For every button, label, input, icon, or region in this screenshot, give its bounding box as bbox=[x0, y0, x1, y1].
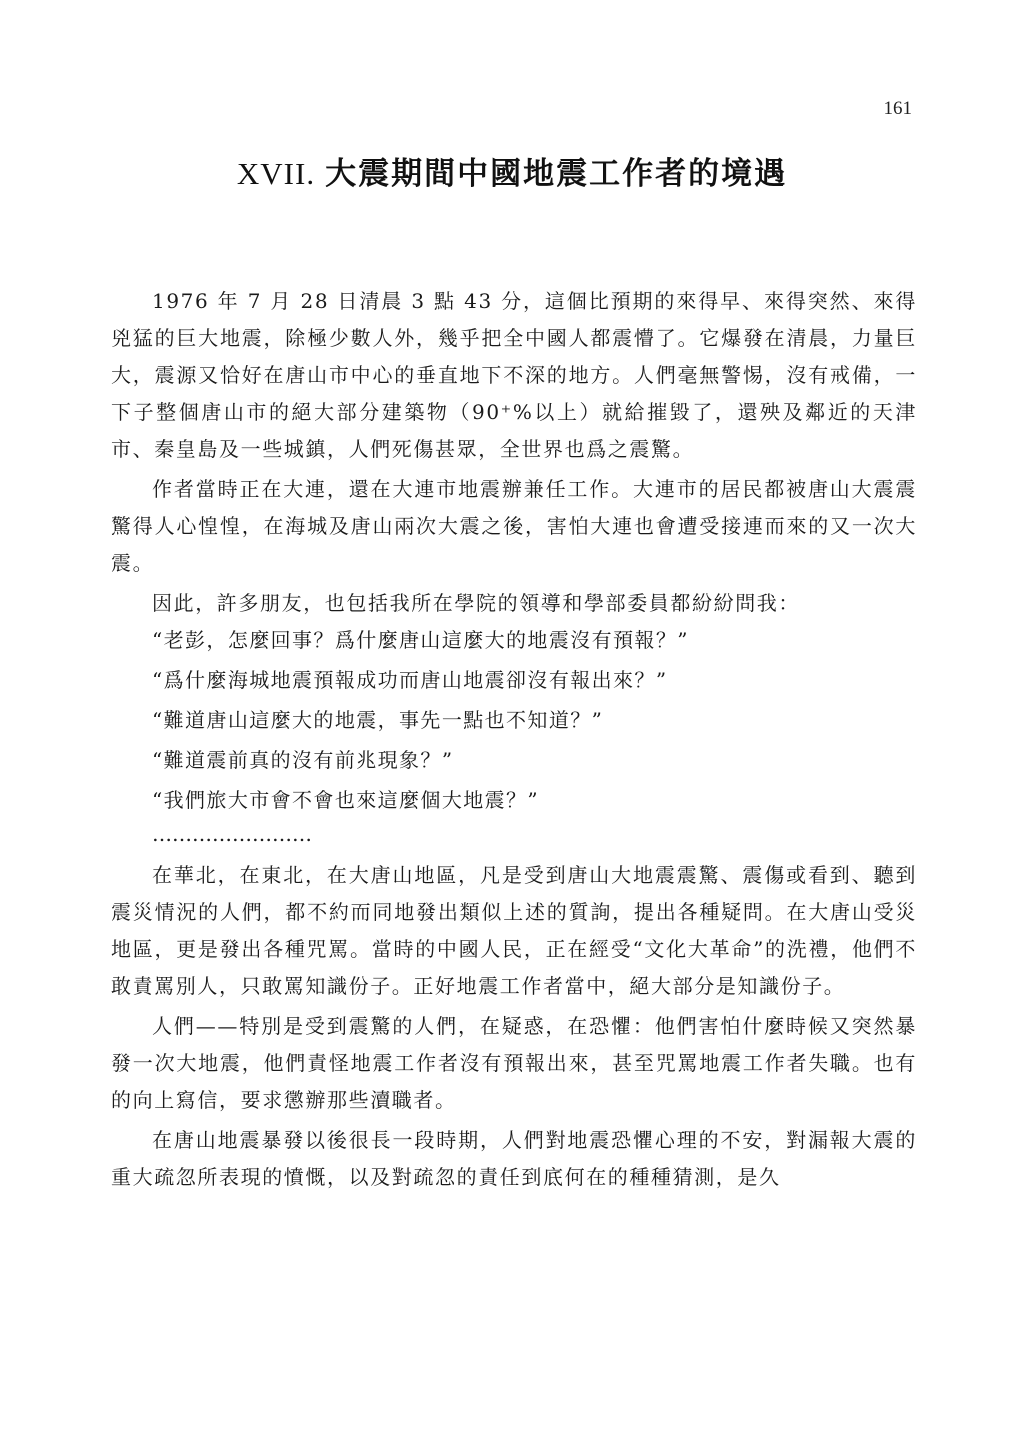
paragraph: 1976 年 7 月 28 日清晨 3 點 43 分，這個比預期的來得早、來得突… bbox=[111, 283, 917, 468]
chapter-number: XVII. bbox=[237, 156, 315, 191]
chapter-title: XVII.大震期間中國地震工作者的境遇 bbox=[0, 148, 1024, 193]
paragraph: 人們——特別是受到震驚的人們，在疑惑，在恐懼：他們害怕什麼時候又突然暴發一次大地… bbox=[111, 1008, 917, 1119]
quote-line: “難道震前真的沒有前兆現象？” bbox=[111, 742, 917, 779]
paragraph: 因此，許多朋友，也包括我所在學院的領導和學部委員都紛紛問我： bbox=[111, 585, 917, 622]
ellipsis-line: …………………… bbox=[111, 819, 917, 849]
paragraph: 在華北，在東北，在大唐山地區，凡是受到唐山大地震震驚、震傷或看到、聽到震災情況的… bbox=[111, 857, 917, 1005]
quote-line: “我們旅大市會不會也來這麼個大地震？” bbox=[111, 782, 917, 819]
chapter-title-text: 大震期間中國地震工作者的境遇 bbox=[325, 156, 787, 192]
body-text: 1976 年 7 月 28 日清晨 3 點 43 分，這個比預期的來得早、來得突… bbox=[111, 283, 917, 1196]
paragraph: 作者當時正在大連，還在大連市地震辦兼任工作。大連市的居民都被唐山大震震驚得人心惶… bbox=[111, 471, 917, 582]
page-number: 161 bbox=[884, 98, 913, 120]
paragraph: 在唐山地震暴發以後很長一段時期，人們對地震恐懼心理的不安，對漏報大震的重大疏忽所… bbox=[111, 1122, 917, 1196]
quote-line: “老彭，怎麼回事？爲什麼唐山這麼大的地震沒有預報？” bbox=[111, 622, 917, 659]
quote-line: “爲什麼海城地震預報成功而唐山地震卻沒有報出來？” bbox=[111, 662, 917, 699]
quote-line: “難道唐山這麼大的地震，事先一點也不知道？” bbox=[111, 702, 917, 739]
